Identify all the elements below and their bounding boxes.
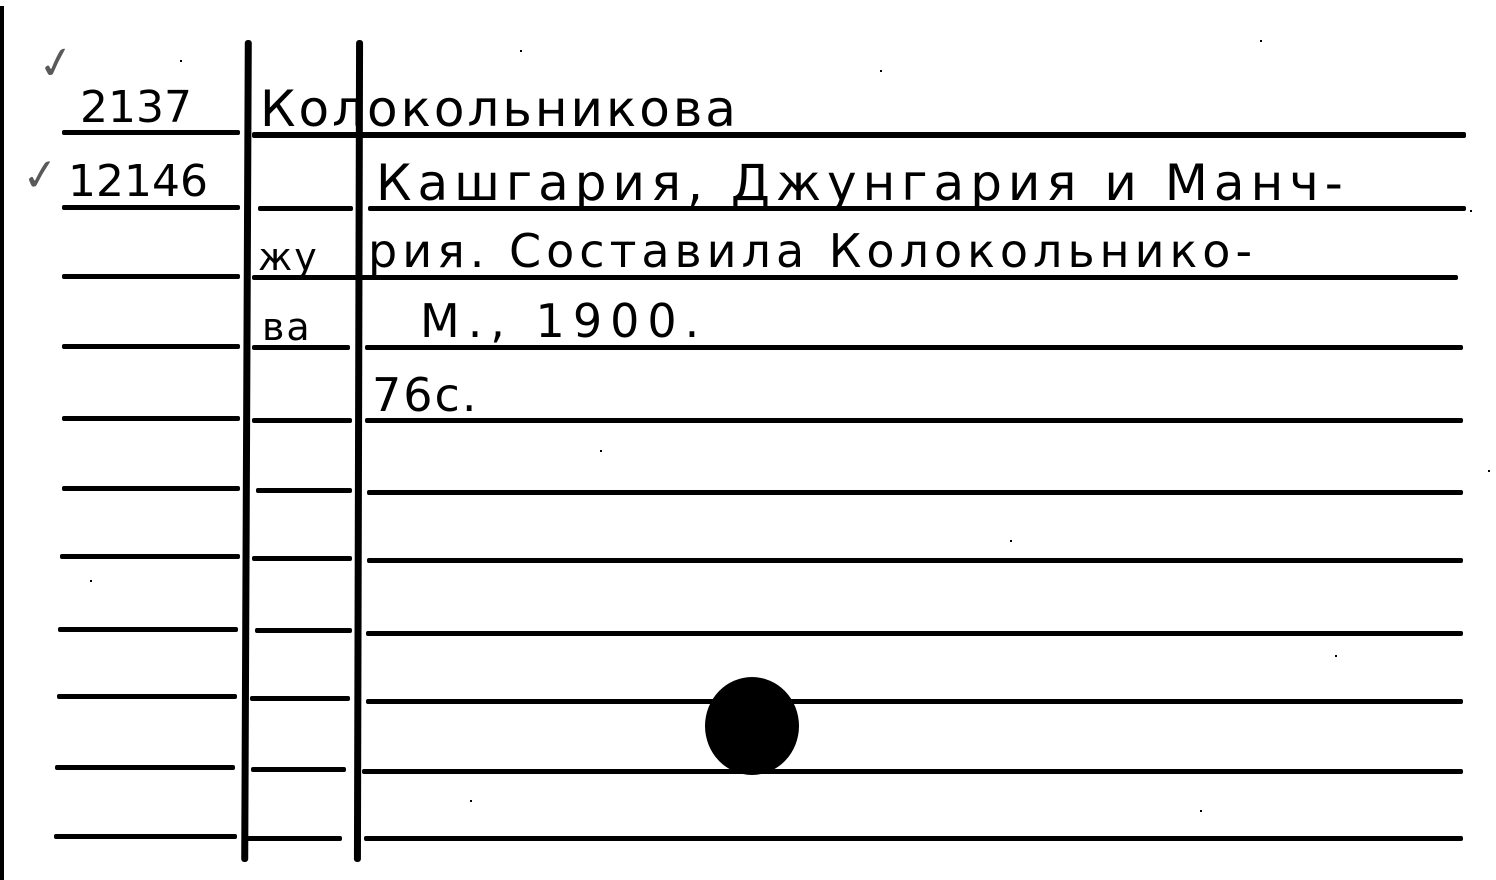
card-left-edge bbox=[0, 6, 4, 880]
call-number: 12146 bbox=[68, 160, 208, 204]
title-line-2-margin: жу bbox=[258, 238, 319, 276]
column-divider-2 bbox=[354, 40, 363, 862]
check-mark-icon: ✓ bbox=[19, 148, 61, 203]
punch-hole bbox=[705, 677, 799, 775]
title-line-1: Кашгария, Джунгария и Манч- bbox=[376, 158, 1349, 208]
catalog-card: ✓ ✓ 2137 12146 Колокольникова Кашгария, … bbox=[0, 0, 1496, 880]
author-heading: Колокольникова bbox=[260, 84, 739, 134]
imprint-line: М., 1900. bbox=[420, 298, 707, 344]
title-line-2: рия. Составила Колокольнико- bbox=[368, 228, 1257, 274]
column-divider-1 bbox=[241, 40, 252, 862]
title-line-3-margin: ва bbox=[262, 308, 312, 346]
pagination: 76с. bbox=[372, 372, 478, 418]
inventory-number: 2137 bbox=[80, 86, 192, 130]
check-mark-icon: ✓ bbox=[34, 35, 79, 92]
